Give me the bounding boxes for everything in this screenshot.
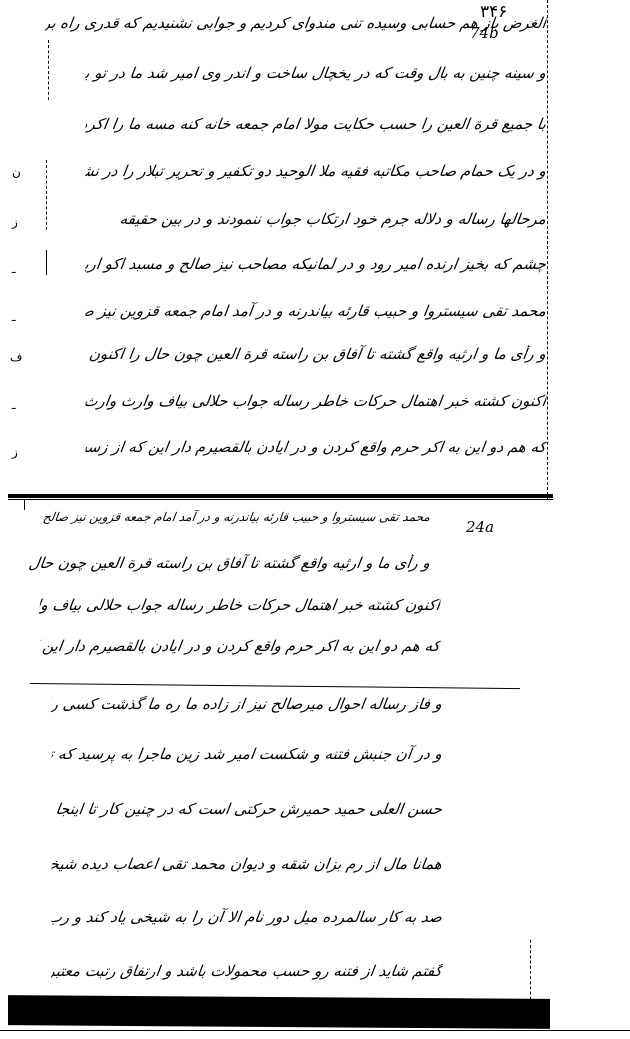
folio-number-middle: 24a xyxy=(466,518,494,536)
scan-bottom-line xyxy=(0,1030,630,1031)
margin-rule-upper xyxy=(547,0,548,500)
upper-line-7: محمد تقی سیستروا و حبیب قارئه بیاندرنه و… xyxy=(85,302,548,320)
margin-mark: ف xyxy=(10,350,22,364)
splice-tick xyxy=(24,500,25,510)
upper-line-3: با جمیع قرة العین را حسب حکایت مولا امام… xyxy=(85,115,548,133)
upper-line-4: و در یک حمام صاحب مکاتبه فقیه ملا الوحید… xyxy=(85,162,548,180)
scan-splice-line xyxy=(8,499,553,500)
upper-line-5: مرحالها رساله و دلاله جرم خود ارتکاب جوا… xyxy=(85,210,548,228)
margin-mark: ز xyxy=(12,445,18,459)
section-divider xyxy=(30,683,520,689)
margin-mark: ـ xyxy=(12,262,16,276)
gutter-rule-left-2 xyxy=(46,160,47,230)
manuscript-page: ۳۴۶ 74b الغرض باز هم حسابی وسیده تنی مند… xyxy=(0,0,630,1039)
scan-splice-bar xyxy=(8,494,553,498)
lower-line-5: و فاز رساله احوال میرصالح نیز از زاده ما… xyxy=(51,695,444,713)
lower-line-9: صد به کار سالمرده میل دور نام الا آن را … xyxy=(51,908,444,926)
lower-line-2: و رأی ما و ارثیه واقع گشته تا آفاق بن را… xyxy=(29,554,432,572)
lower-line-8: همانا مال از رم بزان شقه و دیوان محمد تق… xyxy=(51,855,444,873)
upper-line-8: و رأی ما و ارثیه واقع گشته تا آفاق بن را… xyxy=(85,345,548,363)
upper-line-6: چشم که بخیز ارنده امیر رود و در لمانیکه … xyxy=(85,255,548,273)
lower-line-7: حسن العلی حمید حمیرش حرکتی است که در چنی… xyxy=(51,800,444,818)
upper-line-2: و سینه چنین به بال وقت که در یخچال ساخت … xyxy=(85,64,548,82)
upper-line-9: اکنون کشته خبر اهتمال حرکات خاطر رساله ج… xyxy=(85,392,548,410)
lower-line-1: محمد تقی سیستروا و حبیب قارئه بیاندرنه و… xyxy=(39,510,431,524)
margin-mark: ـ xyxy=(12,310,16,324)
lower-line-10: گفتم شاید از فتنه رو حسب محمولات باشد و … xyxy=(51,962,444,980)
upper-line-1: الغرض باز هم حسابی وسیده تنی مندوای کردی… xyxy=(45,14,548,32)
lower-line-6: و در آن جنبش فتنه و شکست امیر شد زین ماج… xyxy=(51,745,444,763)
lower-line-4: که هم دو این به اکر حرم واقع کردن و در ا… xyxy=(39,637,442,655)
gutter-rule-left-3 xyxy=(46,250,47,275)
upper-line-10: که هم دو این به اکر حرم واقع کردن و در ا… xyxy=(85,438,548,456)
margin-mark: ـ xyxy=(12,398,16,412)
gutter-rule-left xyxy=(48,40,49,100)
scan-bottom-bar xyxy=(8,995,550,1029)
margin-mark: ن xyxy=(12,165,21,179)
margin-mark: ز xyxy=(12,215,18,229)
lower-line-3: اکنون کشته خبر اهتمال حرکات خاطر رساله ج… xyxy=(39,596,442,614)
